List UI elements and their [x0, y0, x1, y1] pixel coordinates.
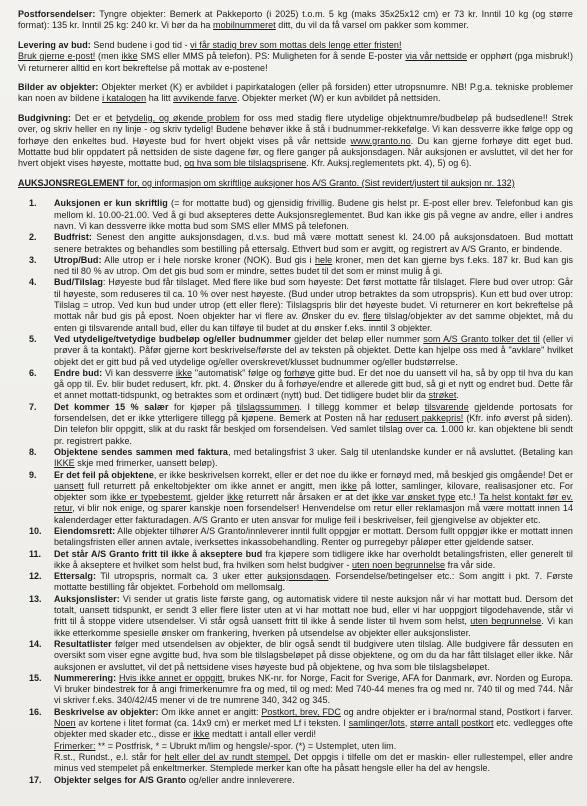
text-run: Noen [54, 718, 76, 728]
item-number: 16. [18, 707, 54, 718]
text-run: Alle utrop er i hele norske kroner (NOK)… [102, 255, 316, 265]
text-run: fra vår side. [445, 560, 495, 570]
item-text: Auksjonen er kun skriftlig (= for mottat… [54, 198, 573, 232]
item-text: Utrop/Bud: Alle utrop er i hele norske k… [54, 255, 573, 278]
text-run: , vi blir nok enige, og sparer kanskje n… [54, 503, 573, 524]
text-run: ikke er typebestemt [110, 492, 190, 502]
text-run: mobilnummeret [213, 20, 276, 30]
text-run: . Objekter merket (W) er kun avbildet på… [237, 93, 441, 103]
text-run: Resultatlister [54, 639, 112, 649]
text-run: Til utropspris, normalt ca. 3 uker etter [96, 571, 267, 581]
text-run: Det er et [75, 113, 116, 123]
text-run: , er ikke beskrivelsen korrekt, eller er… [154, 470, 573, 480]
text-run: uten begrunnelse [470, 616, 541, 626]
reglement-item-1: 1.Auksjonen er kun skriftlig (= for mott… [18, 198, 573, 232]
text-run: Det står A/S Granto fritt til ikke å aks… [54, 549, 262, 559]
item-text: Det står A/S Granto fritt til ikke å aks… [54, 549, 573, 572]
reglement-item-11: 11.Det står A/S Granto fritt til ikke å … [18, 549, 573, 572]
text-run: Det kommer 15 % salær [54, 402, 169, 412]
reglement-item-14: 14.Resultatlister følger med utsendelsen… [18, 639, 573, 673]
reglement-item-8: 8.Objektene sendes sammen med faktura, m… [18, 447, 573, 470]
reglement-heading: AUKSJONSREGLEMENT for, og informasjon om… [18, 178, 573, 190]
text-run: Bud/Tilslag [54, 277, 103, 287]
reglement-item-4: 4.Bud/Tilslag: Høyeste bud får tilslaget… [18, 277, 573, 333]
text-run: Bilder av objekter: [18, 82, 102, 92]
text-run: Eiendomsrett: [54, 526, 115, 536]
item-number: 4. [18, 277, 54, 288]
text-run: vi får stadig brev som mottas dels lenge… [190, 40, 401, 50]
item-text: Objektene sendes sammen med faktura, med… [54, 447, 573, 470]
reglement-item-13: 13.Auksjonslister: Vi sender ut gratis l… [18, 594, 573, 639]
text-run: via vår nettside [405, 51, 467, 61]
text-run: avvikende farve [173, 93, 237, 103]
text-run: samlinger/lots [349, 718, 405, 728]
text-run: ikke [227, 492, 243, 502]
text-run: hele [315, 255, 332, 265]
text-run: ha litt [146, 93, 173, 103]
text-run: Postforsendelser: [18, 9, 99, 19]
text-run: Objektene sendes sammen med faktura [54, 447, 228, 457]
text-run: for kjøper på [169, 402, 237, 412]
text-run: som A/S Granto tolker det til [423, 334, 540, 344]
text-run: av kortene i litet format (ca. 14x9 cm) … [76, 718, 349, 728]
text-run: for, og informasjon om skriftlige auksjo… [125, 178, 515, 188]
text-run: betydelig, og økende problem [116, 113, 240, 123]
text-run: Postkort, brev, FDC [261, 707, 341, 717]
text-run: etc.! [455, 492, 479, 502]
reglement-item-10: 10.Eiendomsrett: Alle objekter tilhører … [18, 526, 573, 549]
reglement-item-15: 15.Nummerering: Hvis ikke annet er oppgi… [18, 673, 573, 707]
item-number: 10. [18, 526, 54, 537]
text-run: R.st., Rundst., e.l. står for [54, 752, 164, 762]
text-run: (men [95, 51, 121, 61]
item-text: Beskrivelse av objekter: Om ikke annet e… [54, 707, 573, 775]
text-run: Endre bud: [54, 368, 102, 378]
paragraph-bilder-av-objekter: Bilder av objekter: Objekter merket (K) … [18, 82, 573, 105]
item-number: 5. [18, 334, 54, 345]
item-number: 9. [18, 470, 54, 481]
text-run: skje med frimerker, uansett beløp). [75, 458, 218, 468]
reglement-item-9: 9.Er det feil på objektene, er ikke besk… [18, 470, 573, 526]
item-number: 7. [18, 402, 54, 413]
item-number: 14. [18, 639, 54, 650]
text-run: Vi kan dessverre [102, 368, 176, 378]
text-run: medtatt i antall eller verdi! [210, 729, 317, 739]
item-number: 15. [18, 673, 54, 684]
text-run: og/eller andre innleverere. [186, 775, 294, 785]
text-run: forhøye [284, 368, 315, 378]
text-run: uten noen begrunnelse [352, 560, 445, 570]
text-run: gjelder det beløp eller nummer [291, 334, 423, 344]
text-run: følger med utsendelsen av objekter, de b… [54, 639, 573, 672]
reglement-item-17: 17.Objekter selges for A/S Granto og/ell… [18, 775, 573, 786]
text-run: Budgivning: [18, 113, 75, 123]
text-run: Bruk gjerne e-post! [18, 51, 95, 61]
reglement-list: 1.Auksjonen er kun skriftlig (= for mott… [18, 198, 573, 785]
item-number: 11. [18, 549, 54, 560]
text-run: returrett når årsaken er at det [243, 492, 372, 502]
text-run: Ved utydelige/tvetydige budbeløp og/elle… [54, 334, 291, 344]
text-run: Objekter selges for A/S Granto [54, 775, 186, 785]
text-run: Senest den angitte auksjonsdagen, d.v.s.… [54, 232, 573, 253]
text-run: Utrop/Bud: [54, 255, 102, 265]
item-text: Resultatlister følger med utsendelsen av… [54, 639, 573, 673]
text-run: full returrett på enkeltobjekter om ikke… [84, 481, 341, 491]
text-run: strøket [429, 390, 457, 400]
item-number: 13. [18, 594, 54, 605]
item-text: Bud/Tilslag: Høyeste bud får tilslaget. … [54, 277, 573, 333]
text-run: , med betalingsfrist 3 uker. Salg til ut… [228, 447, 573, 457]
text-run: uansett [54, 481, 84, 491]
reglement-item-3: 3.Utrop/Bud: Alle utrop er i hele norske… [18, 255, 573, 278]
text-run: helt eller del av rundt stempel. [164, 752, 290, 762]
item-text: Ved utydelige/tvetydige budbeløp og/elle… [54, 334, 573, 368]
text-run: Budfrist: [54, 232, 92, 242]
item-text: Auksjonslister: Vi sender ut gratis list… [54, 594, 573, 639]
paragraph-budgivning: Budgivning: Det er et betydelig, og øken… [18, 113, 573, 170]
text-run: Om ikke annet er angitt: [159, 707, 262, 717]
text-run: IKKE [54, 458, 75, 468]
item-text: Eiendomsrett: Alle objekter tilhører A/S… [54, 526, 573, 549]
text-run: Alle objekter tilhører A/S Granto/innlev… [54, 526, 573, 547]
text-run: ditt, du vil da få varsel om pakker som … [276, 20, 469, 30]
text-run: ikke [341, 481, 357, 491]
item-text: Objekter selges for A/S Granto og/eller … [54, 775, 573, 786]
paragraph-levering-av-bud: Levering av bud: Send budene i god tid -… [18, 40, 573, 74]
text-run: ikke [193, 729, 209, 739]
item-text: Er det feil på objektene, er ikke beskri… [54, 470, 573, 526]
reglement-item-12: 12.Ettersalg: Til utropspris, normalt ca… [18, 571, 573, 594]
reglement-item-6: 6.Endre bud: Vi kan dessverre ikke "auto… [18, 368, 573, 402]
item-number: 1. [18, 198, 54, 209]
text-run: AUKSJONSREGLEMENT [18, 178, 125, 188]
text-run: i katalogen [102, 93, 146, 103]
text-run: Er det feil på objektene [54, 470, 154, 480]
text-run: Levering av bud: [18, 40, 93, 50]
item-text: Det kommer 15 % salær for kjøper på tils… [54, 402, 573, 447]
text-run: Frimerker: [54, 741, 96, 751]
item-number: 17. [18, 775, 54, 786]
text-run: , gjelder [191, 492, 227, 502]
text-run: ** = Postfrisk, * = Ubrukt m/lim og heng… [96, 741, 397, 751]
text-run: ikke var ønsket type [372, 492, 455, 502]
reglement-item-5: 5.Ved utydelige/tvetydige budbeløp og/el… [18, 334, 573, 368]
text-run: "automatisk" følge og [192, 368, 284, 378]
reglement-item-7: 7.Det kommer 15 % salær for kjøper på ti… [18, 402, 573, 447]
item-number: 6. [18, 368, 54, 379]
text-run: tilslagssummen [237, 402, 300, 412]
text-run: ikke [176, 368, 192, 378]
text-run: tilsvarende [425, 402, 469, 412]
item-text: Ettersalg: Til utropspris, normalt ca. 3… [54, 571, 573, 594]
item-number: 2. [18, 232, 54, 243]
text-run: SMS eller MMS på telefon). PS: Mulighete… [138, 51, 406, 61]
text-run: ikke [121, 51, 137, 61]
text-run: og hva som ble tilslagsprisene [184, 158, 306, 168]
reglement-item-2: 2.Budfrist: Senest den angitte auksjonsd… [18, 232, 573, 255]
item-text: Budfrist: Senest den angitte auksjonsdag… [54, 232, 573, 255]
text-run: auksjonsdagen [267, 571, 328, 581]
text-run: Auksjonen er kun skriftlig [54, 198, 168, 208]
text-run: flere [363, 311, 381, 321]
item-number: 8. [18, 447, 54, 458]
text-run: Send budene i god tid - [93, 40, 190, 50]
paragraph-postforsendelser: Postforsendelser: Tyngre objekter: Bemer… [18, 9, 573, 32]
item-text: Endre bud: Vi kan dessverre ikke "automa… [54, 368, 573, 402]
item-number: 12. [18, 571, 54, 582]
text-run: Hvis ikke annet er oppgitt [119, 673, 223, 683]
text-run: . Kfr. Auksj.reglementets pkt. 4), 5) og… [306, 158, 471, 168]
document-page: Postforsendelser: Tyngre objekter: Bemer… [0, 0, 587, 806]
text-run: . I tillegg kommer et beløp [299, 402, 424, 412]
text-run: Auksjonslister: [54, 594, 120, 604]
text-run: Beskrivelse av objekter: [54, 707, 159, 717]
reglement-item-16: 16.Beskrivelse av objekter: Om ikke anne… [18, 707, 573, 775]
text-run: redusert pakkepris! [385, 413, 463, 423]
text-run: www.granto.no [350, 136, 410, 146]
item-number: 3. [18, 255, 54, 266]
text-run: . [456, 390, 459, 400]
text-run: større antall postkort [410, 718, 493, 728]
text-run: og andre objekter er i bra/normal stand,… [341, 707, 573, 717]
item-text: Nummerering: Hvis ikke annet er oppgitt,… [54, 673, 573, 707]
text-run: Ettersalg: [54, 571, 96, 581]
text-run: Nummerering: [54, 673, 116, 683]
